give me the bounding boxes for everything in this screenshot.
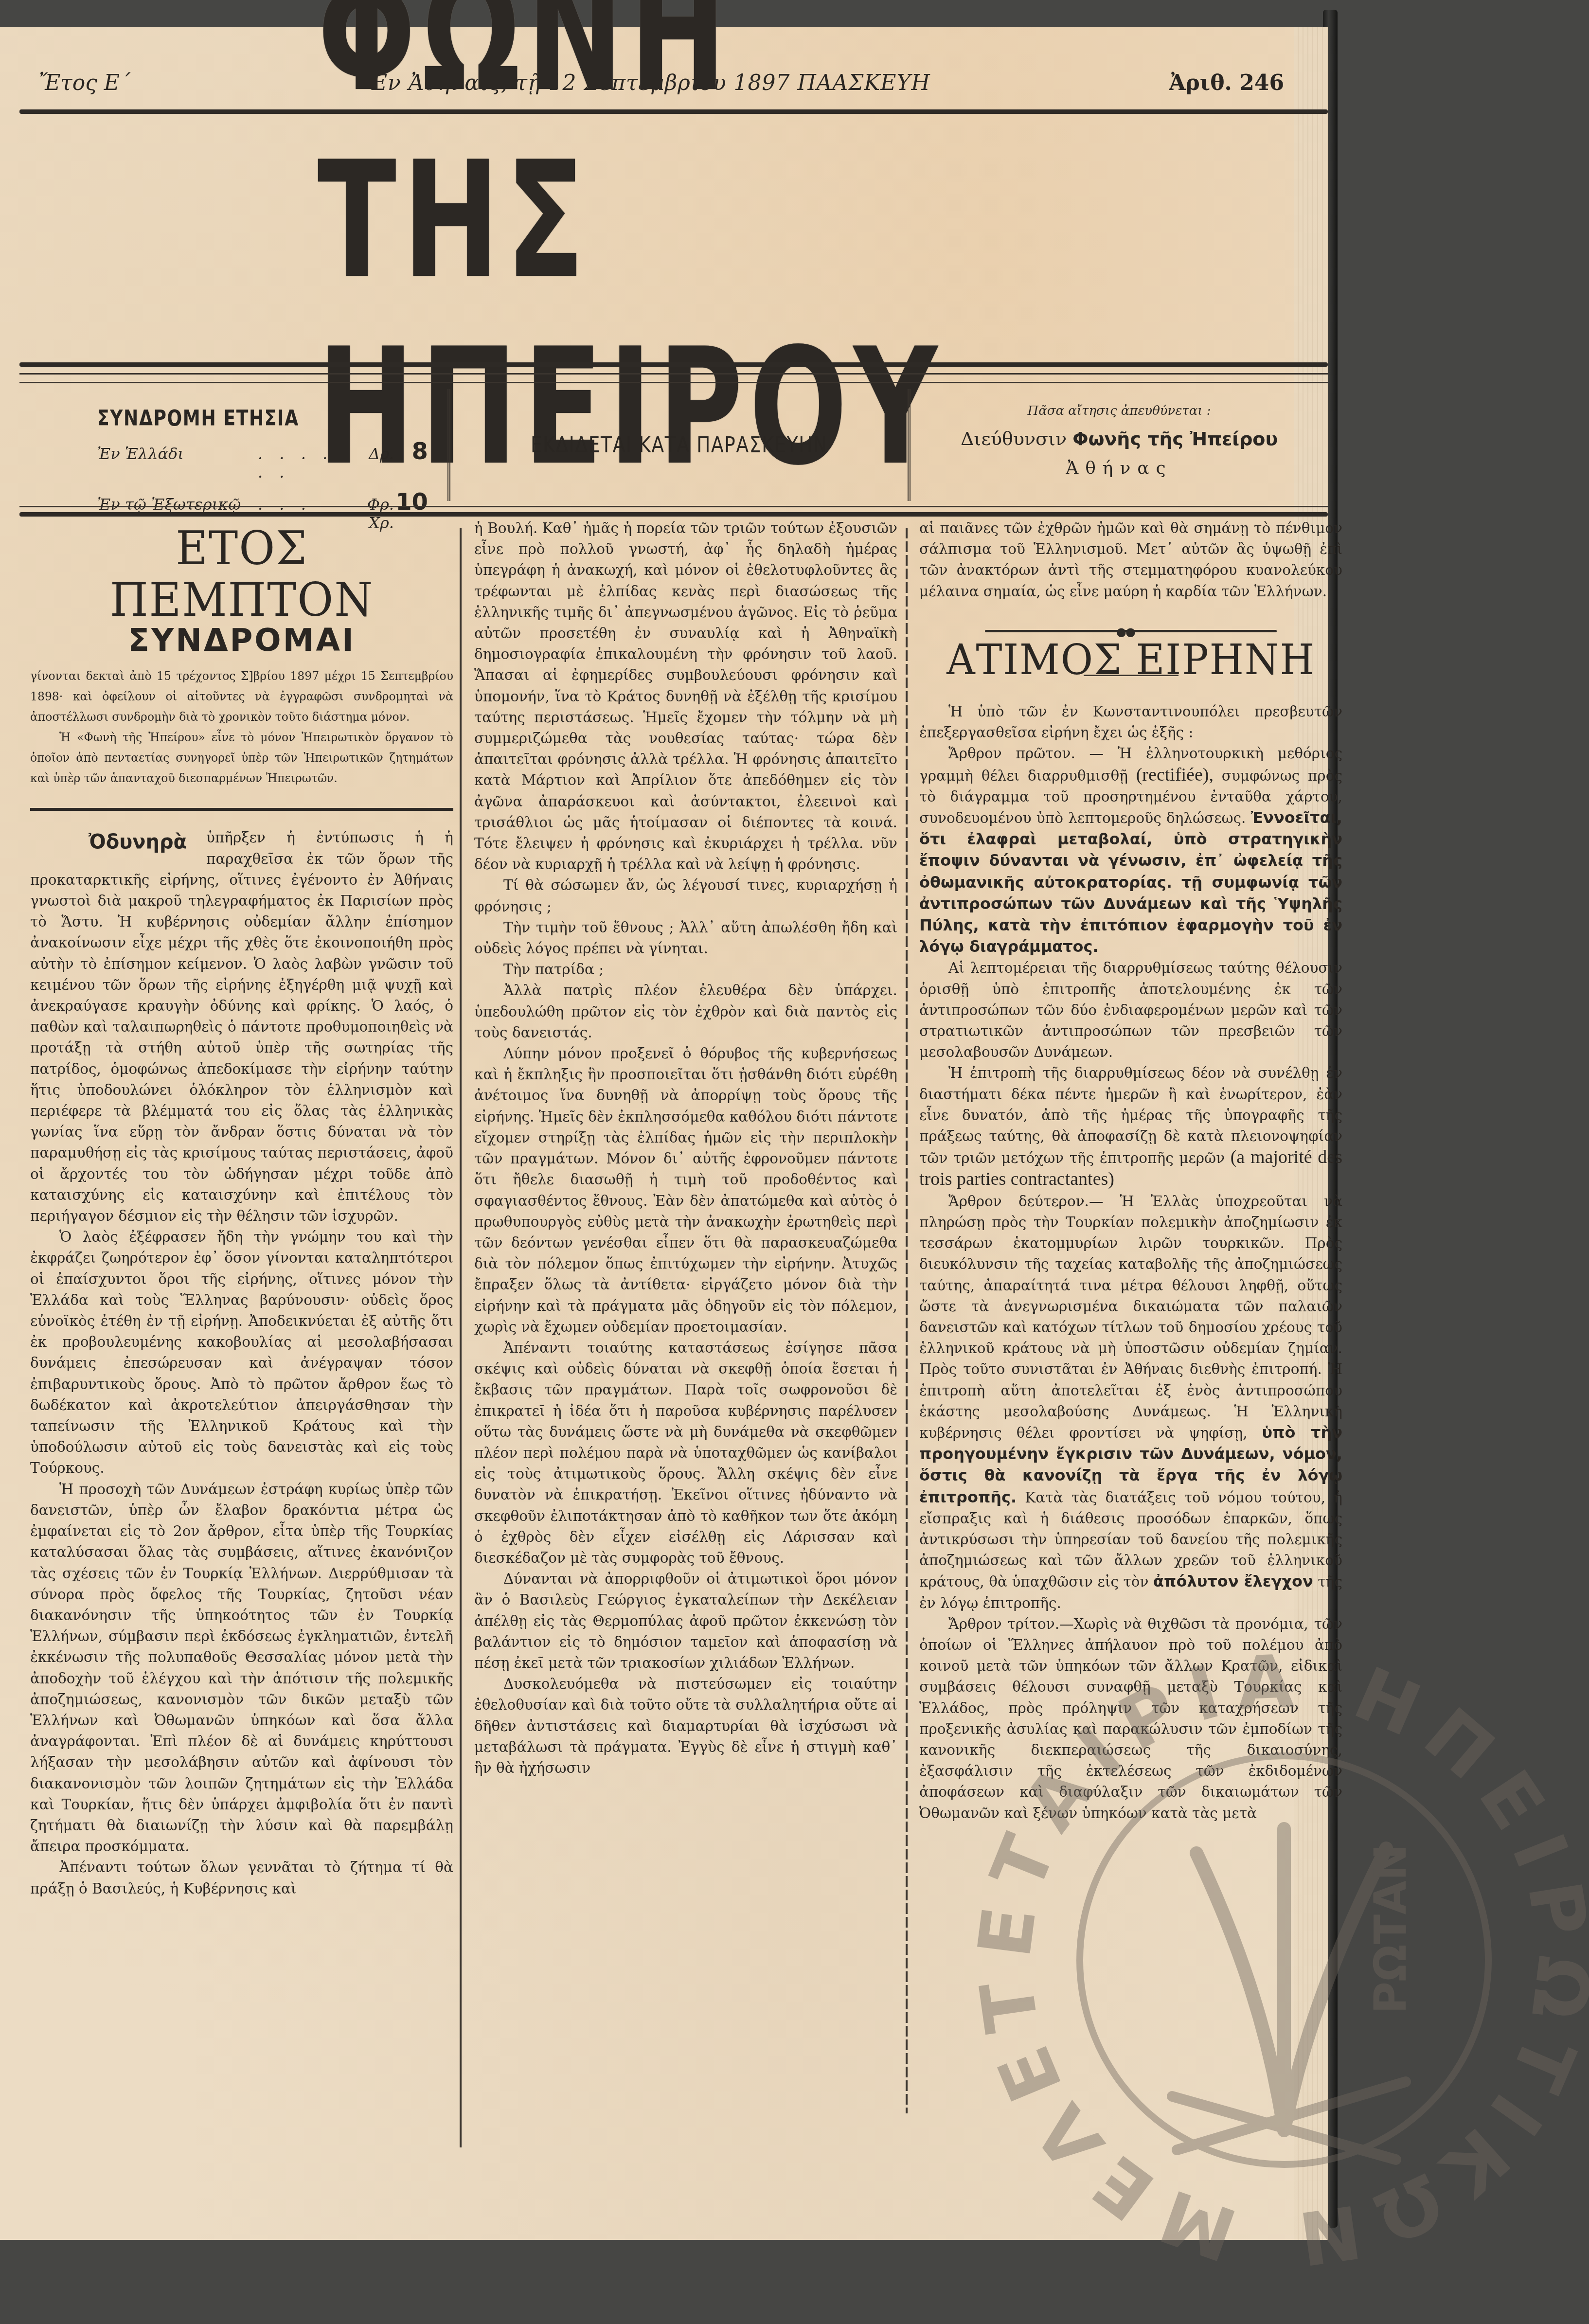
info-boxes: ΣΥΝΔΡΟΜΗ ΕΤΗΣΙΑ Ἐν Ἑλλάδι . . . . . . Δρ… [19, 389, 1328, 501]
article-first: Ἄρθρον πρῶτον. — Ἡ ἑλληνοτουρκικὴ μεθόρι… [919, 743, 1342, 958]
paragraph: Ἡ προσοχὴ τῶν Δυνάμεων ἐστράφη κυρίως ὑπ… [30, 1479, 453, 1858]
article2-text: Ἄρθρον δεύτερον.— Ἡ Ἑλλὰς ὑποχρεοῦται νὰ… [919, 1193, 1342, 1441]
address-prefix: Διεύθυνσιν [961, 428, 1067, 449]
column-1: ΕΤΟΣ ΠΕΜΠΤΟΝ ΣΥΝΔΡΟΜΑΙ γίνονται δεκταὶ ἀ… [30, 518, 453, 2196]
article2-bold: ἀπόλυτον ἔλεγχον [1153, 1572, 1313, 1591]
paragraph: Τὴν πατρίδα ; [474, 959, 897, 980]
paragraph: Δυσκολευόμεθα νὰ πιστεύσωμεν εἰς τοιαύτη… [474, 1674, 897, 1779]
article1-bold: Ἐννοεῖται, ὅτι ἐλαφραὶ μεταβολαί, ὑπὸ στ… [919, 808, 1342, 956]
continuation-paragraph: αἱ παιᾶνες τῶν ἐχθρῶν ἡμῶν καὶ θὰ σημάνῃ… [919, 518, 1342, 602]
address-line: Διεύθυνσιν Φωνῆς τῆς Ἠπείρου [911, 428, 1328, 449]
newspaper-title: ΦΩΝΗ ΤΗΣ ΗΠΕΙΡΟΥ [318, 131, 1025, 309]
article-second: Ἄρθρον δεύτερον.— Ἡ Ἑλλὰς ὑποχρεοῦται νὰ… [919, 1191, 1342, 1614]
column-3: αἱ παιᾶνες τῶν ἐχθρῶν ἡμῶν καὶ θὰ σημάνῃ… [919, 518, 1342, 2196]
subscription-box: ΣΥΝΔΡΟΜΗ ΕΤΗΣΙΑ Ἐν Ἑλλάδι . . . . . . Δρ… [19, 389, 447, 501]
column-2: ἡ Βουλή. Καθ᾽ ἡμᾶς ἡ πορεία τῶν τριῶν το… [474, 518, 897, 2196]
lead-word: Ὀδυνηρὰ [89, 827, 187, 857]
address-intro: Πᾶσα αἴτησις ἀπευθύνεται : [911, 404, 1328, 418]
paragraph-text: ὑπῆρξεν ἡ ἐντύπωσις ἡ ἡ παραχθεῖσα ἐκ τῶ… [30, 829, 453, 1224]
info-rule-thin [19, 506, 1328, 507]
price-currency: Δρ. [340, 445, 394, 463]
column-separator-2 [906, 528, 908, 2113]
issue-number: Ἀριθ. 246 [1169, 71, 1284, 95]
lead-paragraph: Ὀδυνηρὰ ὑπῆρξεν ἡ ἐντύπωσις ἡ ἡ παραχθεῖ… [30, 827, 453, 1227]
price-location: Ἐν τῷ Ἐξωτερικῷ [97, 495, 258, 514]
paragraph: Λύπην μόνον προξενεῖ ὁ θόρυβος τῆς κυβερ… [474, 1043, 897, 1338]
address-city: Ἀθήνας [911, 458, 1328, 478]
subscription-title: ΣΥΝΔΡΟΜΗ ΕΤΗΣΙΑ [97, 406, 369, 431]
section-divider [30, 808, 453, 811]
article-third: Ἄρθρον τρίτον.—Χωρὶς νὰ θιχθῶσι τὰ προνό… [919, 1614, 1342, 1824]
address-box: Πᾶσα αἴτησις ἀπευθύνεται : Διεύθυνσιν Φω… [911, 389, 1328, 516]
masthead-rule-thin [19, 382, 1328, 383]
article-intro: Ἡ ὑπὸ τῶν ἐν Κωνσταντινουπόλει πρεσβευτῶ… [919, 701, 1342, 743]
paragraph: ἡ Βουλή. Καθ᾽ ἡμᾶς ἡ πορεία τῶν τριῶν το… [474, 518, 897, 875]
article1-latin: (rectifiée), [1136, 765, 1214, 785]
paragraph: Ἀπέναντι τούτων ὅλων γεννᾶται τὸ ζήτημα … [30, 1857, 453, 1899]
paragraph: Δύνανται νὰ ἀπορριφθοῦν οἱ ἀτιμωτικοὶ ὅρ… [474, 1569, 897, 1674]
notice-paragraph: γίνονται δεκταὶ ἀπὸ 15 τρέχοντος Σ]βρίου… [30, 666, 453, 727]
subscriptions-heading: ΣΥΝΔΡΟΜΑΙ [30, 630, 453, 651]
paragraph: Ἀπέναντι τοιαύτης καταστάσεως ἐσίγησε πᾶ… [474, 1338, 897, 1569]
info-rule-thick [19, 512, 1328, 517]
committee-paragraph: Ἡ ἐπιτροπὴ τῆς διαρρυθμίσεως δέον νὰ συν… [919, 1063, 1342, 1191]
paragraph: Τὴν τιμὴν τοῦ ἔθνους ; Ἀλλ᾽ αὕτη ἀπωλέσθ… [474, 917, 897, 959]
price-dots: . . . . . . [258, 445, 340, 482]
price-row-domestic: Ἐν Ἑλλάδι . . . . . . Δρ. 8 [97, 438, 428, 482]
publication-schedule: ΕΚΔΙΔΕΤΑΙ ΚΑΤΑ ΠΑΡΑΣΚΕΥΗΝ [531, 433, 828, 458]
article-title: ΑΤΙΜΟΣ ΕΙΡΗΝΗ [932, 650, 1330, 671]
year-label: Ἔτος Ε΄ [39, 71, 130, 95]
paragraph: Ὁ λαὸς ἐξέφρασεν ἤδη τὴν γνώμην του καὶ … [30, 1227, 453, 1479]
column-separator-1 [460, 528, 462, 2147]
year-heading: ΕΤΟΣ ΠΕΜΠΤΟΝ [43, 523, 441, 626]
address-name: Φωνῆς τῆς Ἠπείρου [1072, 428, 1278, 449]
paragraph: Τί θὰ σώσωμεν ἄν, ὡς λέγουσί τινες, κυρι… [474, 875, 897, 917]
notice-paragraph: Ἡ «Φωνὴ τῆς Ἠπείρου» εἶνε τὸ μόνον Ἠπειρ… [30, 727, 453, 788]
price-location: Ἐν Ἑλλάδι [97, 445, 258, 463]
article-columns: ΕΤΟΣ ΠΕΜΠΤΟΝ ΣΥΝΔΡΟΜΑΙ γίνονται δεκταὶ ἀ… [19, 518, 1328, 2196]
price-amount: 8 [394, 438, 428, 465]
ornamental-divider [985, 626, 1277, 635]
price-amount: 10 [394, 488, 428, 516]
paragraph: Ἀλλὰ πατρὶς πλέον ἐλευθέρα δὲν ὑπάρχει. … [474, 980, 897, 1043]
masthead-rule-upper [19, 362, 1328, 367]
paragraph: Αἱ λεπτομέρειαι τῆς διαρρυθμίσεως ταύτης… [919, 958, 1342, 1063]
publication-box: ΕΚΔΙΔΕΤΑΙ ΚΑΤΑ ΠΑΡΑΣΚΕΥΗΝ [447, 389, 911, 501]
subscription-notice: γίνονται δεκταὶ ἀπὸ 15 τρέχοντος Σ]βρίου… [30, 666, 453, 788]
newspaper-page: Ἔτος Ε΄ Ἐν Ἀθήναις, τῇ 12 Σεπτεμβρίου 18… [0, 27, 1328, 2240]
masthead-rule-wavy [19, 373, 1328, 375]
price-dots: . . . [258, 495, 340, 514]
